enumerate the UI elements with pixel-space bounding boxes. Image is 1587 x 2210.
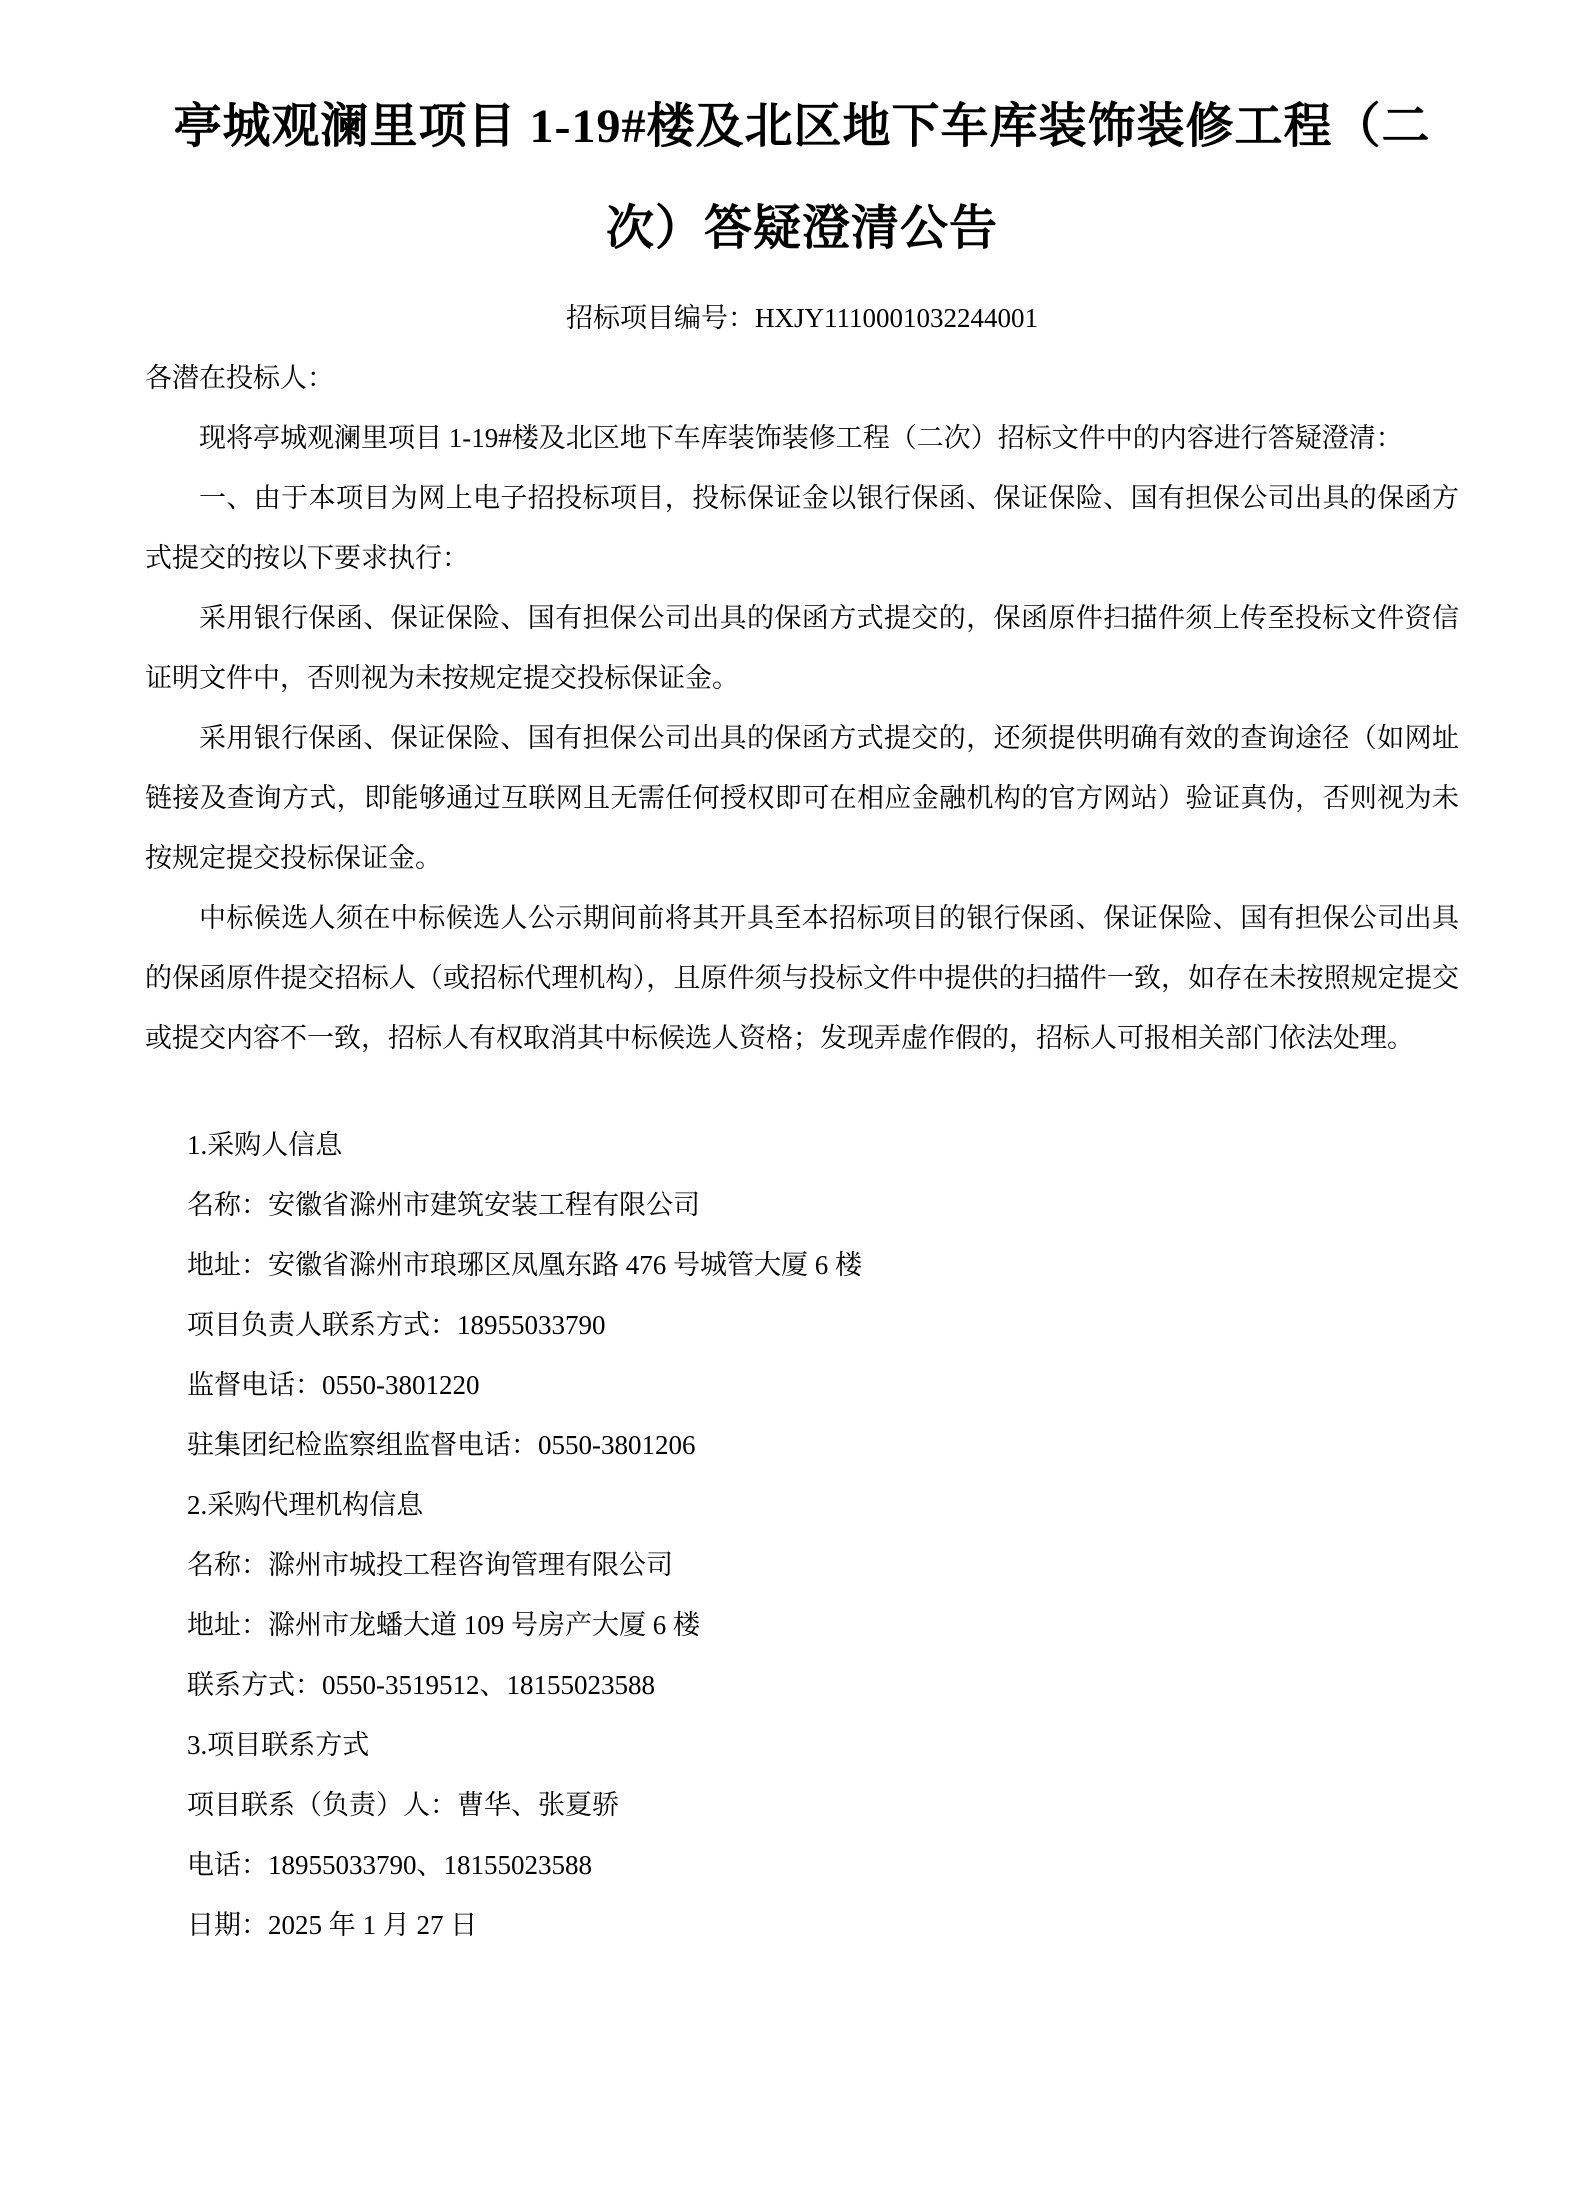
purchaser-name-line: 名称：安徽省滁州市建筑安装工程有限公司	[145, 1175, 1459, 1235]
purchaser-discipline-phone-line: 驻集团纪检监察组监督电话：0550-3801206	[145, 1415, 1459, 1475]
purchaser-supervision-phone-line: 监督电话：0550-3801220	[145, 1355, 1459, 1415]
section-project-contact: 3.项目联系方式 项目联系（负责）人：曹华、张夏骄 电话：18955033790…	[145, 1715, 1459, 1955]
body-paragraph-winner-requirement: 中标候选人须在中标候选人公示期间前将其开具至本招标项目的银行保函、保证保险、国有…	[145, 888, 1459, 1068]
project-number-line: 招标项目编号：HXJY1110001032244001	[145, 288, 1459, 348]
body-paragraph-intro: 现将亭城观澜里项目 1-19#楼及北区地下车库装饰装修工程（二次）招标文件中的内…	[145, 408, 1459, 468]
section-purchaser-info: 1.采购人信息 名称：安徽省滁州市建筑安装工程有限公司 地址：安徽省滁州市琅琊区…	[145, 1115, 1459, 1475]
body-paragraph-item-one: 一、由于本项目为网上电子招投标项目，投标保证金以银行保函、保证保险、国有担保公司…	[145, 468, 1459, 588]
project-number-value: HXJY1110001032244001	[755, 303, 1038, 333]
project-contact-person-line: 项目联系（负责）人：曹华、张夏骄	[145, 1775, 1459, 1835]
agency-contact-line: 联系方式：0550-3519512、18155023588	[145, 1655, 1459, 1715]
document-page: 亭城观澜里项目 1-19#楼及北区地下车库装饰装修工程（二次）答疑澄清公告 招标…	[0, 0, 1587, 2210]
section-heading-purchaser: 1.采购人信息	[145, 1115, 1459, 1175]
date-line: 日期：2025 年 1 月 27 日	[145, 1895, 1459, 1955]
agency-name-line: 名称：滁州市城投工程咨询管理有限公司	[145, 1535, 1459, 1595]
section-heading-agency: 2.采购代理机构信息	[145, 1475, 1459, 1535]
body-paragraph-guarantee-scan: 采用银行保函、保证保险、国有担保公司出具的保函方式提交的，保函原件扫描件须上传至…	[145, 588, 1459, 708]
section-heading-project-contact: 3.项目联系方式	[145, 1715, 1459, 1775]
purchaser-address-line: 地址：安徽省滁州市琅琊区凤凰东路 476 号城管大厦 6 楼	[145, 1235, 1459, 1295]
body-paragraph-guarantee-verify: 采用银行保函、保证保险、国有担保公司出具的保函方式提交的，还须提供明确有效的查询…	[145, 708, 1459, 888]
purchaser-manager-phone-line: 项目负责人联系方式：18955033790	[145, 1295, 1459, 1355]
project-number-label: 招标项目编号：	[566, 303, 755, 333]
agency-address-line: 地址：滁州市龙蟠大道 109 号房产大厦 6 楼	[145, 1595, 1459, 1655]
document-title: 亭城观澜里项目 1-19#楼及北区地下车库装饰装修工程（二次）答疑澄清公告	[162, 76, 1442, 280]
section-agency-info: 2.采购代理机构信息 名称：滁州市城投工程咨询管理有限公司 地址：滁州市龙蟠大道…	[145, 1475, 1459, 1715]
salutation-line: 各潜在投标人：	[145, 348, 1459, 408]
project-contact-phone-line: 电话：18955033790、18155023588	[145, 1835, 1459, 1895]
